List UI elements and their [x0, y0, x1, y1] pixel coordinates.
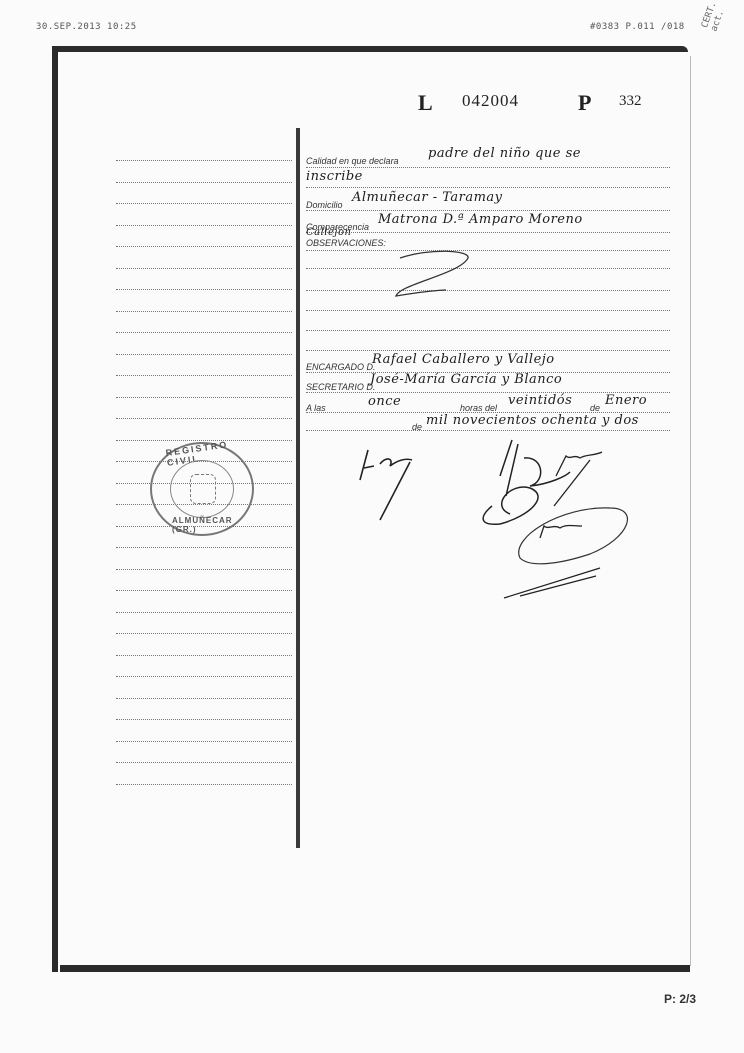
domicilio-label: Domicilio — [306, 200, 343, 210]
ruled-line — [306, 430, 670, 432]
signature-secretario — [500, 498, 640, 608]
ruled-line — [116, 762, 292, 764]
calidad-value: padre del niño que se — [428, 146, 581, 161]
ruled-line — [116, 569, 292, 571]
ruled-line — [116, 311, 292, 313]
fax-datetime: 30.SEP.2013 10:25 — [36, 22, 137, 32]
signature-declarant — [350, 440, 440, 530]
ruled-line — [116, 225, 292, 227]
observaciones-cancel-mark — [360, 244, 480, 304]
ruled-line — [116, 655, 292, 657]
ruled-line — [116, 332, 292, 334]
ruled-line — [116, 590, 292, 592]
hora-value: once — [368, 394, 401, 409]
encargado-value: Rafael Caballero y Vallejo — [372, 352, 555, 367]
ruled-line — [306, 330, 670, 332]
a-las-label: A las — [306, 403, 326, 413]
ruled-line — [306, 232, 670, 234]
ruled-line — [116, 375, 292, 377]
page-indicator: P: 2/3 — [664, 992, 696, 1006]
comparecion-value-cont: Callejon — [306, 227, 352, 238]
ruled-line — [116, 547, 292, 549]
secretario-label: SECRETARIO D. — [306, 382, 375, 392]
secretario-value: José-María García y Blanco — [370, 372, 562, 387]
libro-label: L — [418, 90, 433, 116]
ruled-line — [116, 741, 292, 743]
libro-number: 042004 — [462, 91, 519, 111]
ruled-line — [116, 418, 292, 420]
ruled-line — [116, 633, 292, 635]
certification-side-stamp: CERT. el act. — [700, 0, 734, 33]
frame-top-border — [52, 46, 688, 52]
coat-of-arms-icon — [190, 474, 216, 504]
anio-value: mil novecientos ochenta y dos — [426, 413, 639, 428]
ruled-line — [116, 397, 292, 399]
ruled-line — [116, 698, 292, 700]
calidad-value-cont: inscribe — [306, 169, 363, 184]
de-label: de — [590, 403, 600, 413]
frame-right-border — [690, 56, 691, 966]
ruled-line — [116, 203, 292, 205]
ruled-line — [306, 310, 670, 312]
column-divider — [296, 128, 300, 848]
encargado-label: ENCARGADO D. — [306, 362, 376, 372]
ruled-line — [116, 719, 292, 721]
pagina-label: P — [578, 90, 591, 116]
ruled-line — [116, 246, 292, 248]
comparecion-value: Matrona D.ª Amparo Moreno — [378, 212, 583, 227]
ruled-line — [116, 268, 292, 270]
civil-registry-seal: REGISTRO CIVIL ALMUÑECAR (GR.) — [150, 442, 254, 536]
fax-reference: #0383 P.011 /018 — [590, 22, 685, 32]
ruled-line — [116, 612, 292, 614]
ruled-line — [116, 289, 292, 291]
seal-text-bottom: ALMUÑECAR (GR.) — [172, 516, 252, 534]
ruled-line — [116, 354, 292, 356]
ruled-line — [116, 182, 292, 184]
dia-value: veintidós — [508, 393, 572, 408]
ruled-line — [116, 676, 292, 678]
frame-left-border — [52, 50, 58, 972]
de-anio-label: de — [412, 422, 422, 432]
ruled-line — [116, 160, 292, 162]
calidad-label: Calidad en que declara — [306, 156, 399, 166]
mes-value: Enero — [605, 393, 647, 408]
horas-del-label: horas del — [460, 403, 497, 413]
frame-bottom-border — [60, 965, 690, 972]
domicilio-value: Almuñecar - Taramay — [352, 190, 503, 205]
pagina-number: 332 — [619, 93, 642, 110]
ruled-line — [116, 784, 292, 786]
ruled-line — [306, 187, 670, 189]
